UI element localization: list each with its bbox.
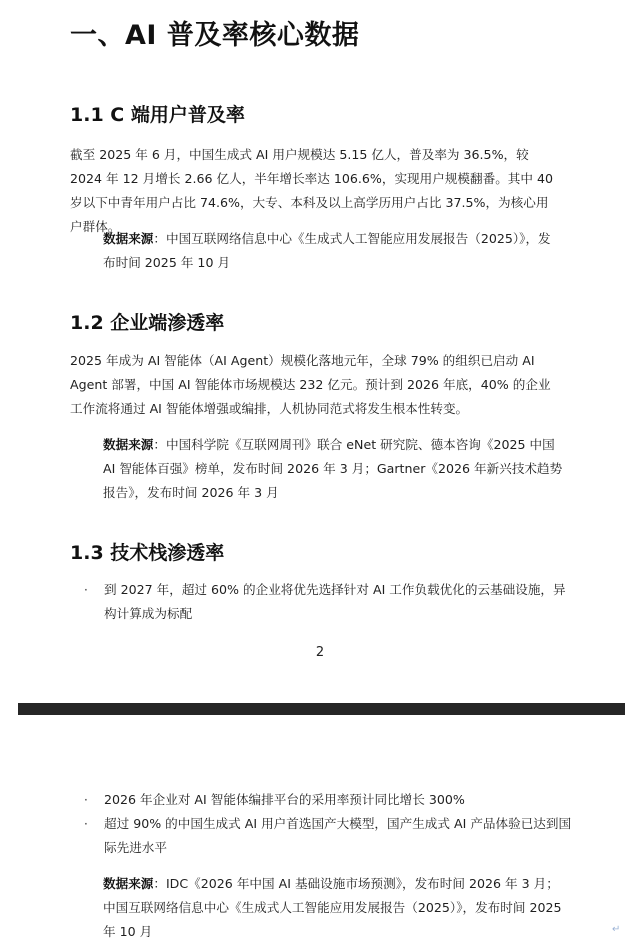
list-item-text: 超过 90% 的中国生成式 AI 用户首选国产大模型，国产生成式 AI 产品体验… [104,816,571,855]
chapter-heading: 一、AI 普及率核心数据 [70,13,359,52]
section-title-1-3: 1.3 技术栈渗透率 [70,538,224,565]
data-source-text: ：IDC《2026 年中国 AI 基础设施市场预测》，发布时间 2026 年 3… [103,876,562,939]
data-source-text: ：中国科学院《互联网周刊》联合 eNet 研究院、德本咨询《2025 中国 AI… [103,437,562,500]
data-source-page2: 数据来源：IDC《2026 年中国 AI 基础设施市场预测》，发布时间 2026… [103,872,563,944]
bullet-icon: · [84,812,88,836]
section-title-1-1: 1.1 C 端用户普及率 [70,100,245,127]
data-source-label: 数据来源 [103,876,153,891]
bullet-list-continued: · 2026 年企业对 AI 智能体编排平台的采用率预计同比增长 300% · … [84,788,574,860]
page-number: 2 [0,645,640,660]
bullet-icon: · [84,578,88,602]
data-source-text: ：中国互联网络信息中心《生成式人工智能应用发展报告（2025）》，发布时间 20… [103,231,551,270]
section-body-1-2: 2025 年成为 AI 智能体（AI Agent）规模化落地元年，全球 79% … [70,349,560,421]
data-source-label: 数据来源 [103,437,153,452]
list-item-text: 2026 年企业对 AI 智能体编排平台的采用率预计同比增长 300% [104,792,465,807]
list-item: · 2026 年企业对 AI 智能体编排平台的采用率预计同比增长 300% [84,788,574,812]
section-title-1-2: 1.2 企业端渗透率 [70,308,224,335]
list-item: · 到 2027 年，超过 60% 的企业将优先选择针对 AI 工作负载优化的云… [84,578,574,626]
page-break-divider [18,703,625,715]
section-body-1-1: 截至 2025 年 6 月，中国生成式 AI 用户规模达 5.15 亿人，普及率… [70,143,560,239]
data-source-1-2: 数据来源：中国科学院《互联网周刊》联合 eNet 研究院、德本咨询《2025 中… [103,433,563,505]
data-source-1-1: 数据来源：中国互联网络信息中心《生成式人工智能应用发展报告（2025）》，发布时… [103,227,563,275]
list-item-text: 到 2027 年，超过 60% 的企业将优先选择针对 AI 工作负载优化的云基础… [104,582,566,621]
bullet-list-1-3: · 到 2027 年，超过 60% 的企业将优先选择针对 AI 工作负载优化的云… [84,578,574,626]
bullet-icon: · [84,788,88,812]
list-item: · 超过 90% 的中国生成式 AI 用户首选国产大模型，国产生成式 AI 产品… [84,812,574,860]
paragraph-mark-icon: ↵ [612,924,620,935]
data-source-label: 数据来源 [103,231,153,246]
